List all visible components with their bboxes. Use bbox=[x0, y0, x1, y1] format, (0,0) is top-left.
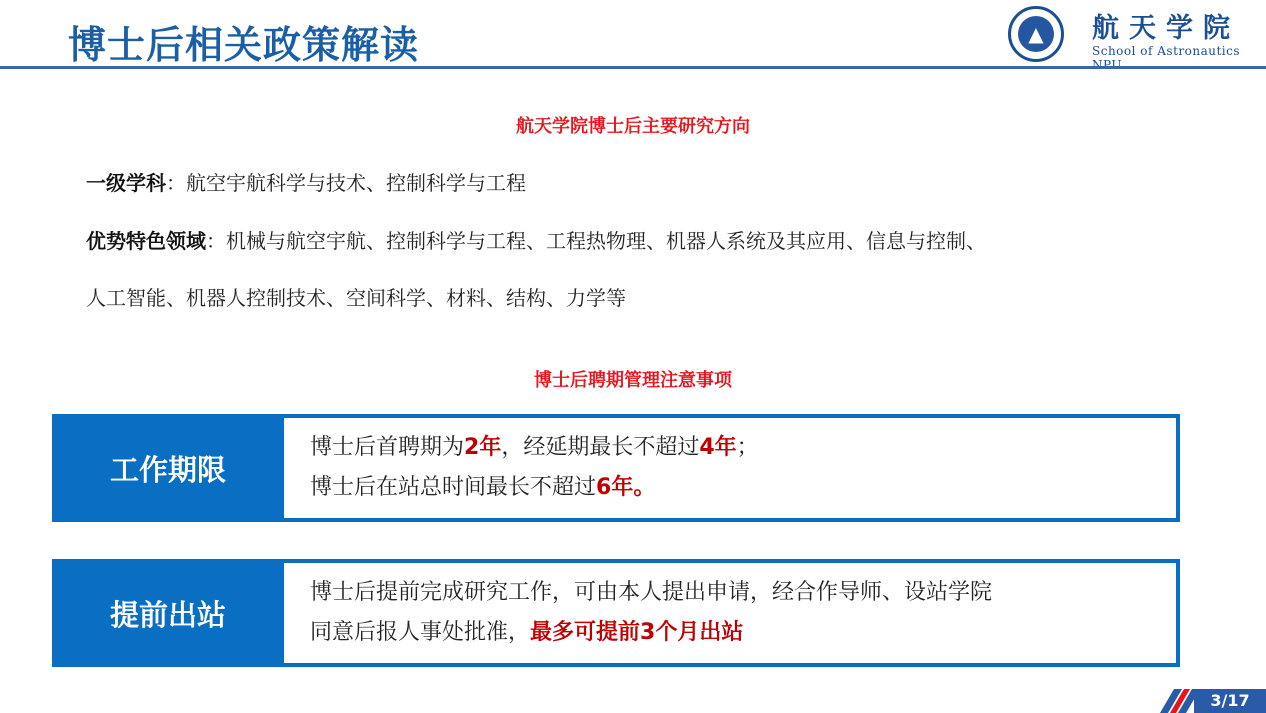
advantage-fields-line: 优势特色领域：机械与航空宇航、控制科学与工程、工程热物理、机器人系统及其应用、信… bbox=[86, 225, 986, 254]
advantage-fields-value-2: 人工智能、机器人控制技术、空间科学、材料、结构、力学等 bbox=[86, 286, 626, 310]
page-indicator: 3/17 bbox=[1160, 689, 1266, 713]
logo-name-cn: 航天学院 bbox=[1092, 6, 1240, 45]
header-divider bbox=[0, 66, 1266, 69]
school-logo: ▲ 航天学院 School of Astronautics NPU bbox=[1006, 4, 1266, 64]
management-heading: 博士后聘期管理注意事项 bbox=[0, 366, 1266, 392]
work-period-line-2: 博士后在站总时间最长不超过6年。 bbox=[310, 468, 1176, 508]
early-exit-content: 博士后提前完成研究工作，可由本人提出申请，经合作导师、设站学院 同意后报人事处批… bbox=[284, 559, 1180, 667]
page-title: 博士后相关政策解读 bbox=[68, 14, 419, 69]
text: ； bbox=[737, 435, 759, 460]
text: 博士后在站总时间最长不超过 bbox=[310, 475, 596, 500]
advantage-fields-value-1: 机械与航空宇航、控制科学与工程、工程热物理、机器人系统及其应用、信息与控制、 bbox=[226, 229, 986, 253]
primary-discipline-line: 一级学科：航空宇航科学与技术、控制科学与工程 bbox=[86, 167, 526, 196]
early-exit-line-1: 博士后提前完成研究工作，可由本人提出申请，经合作导师、设站学院 bbox=[310, 573, 1176, 613]
advantage-fields-line-2: 人工智能、机器人控制技术、空间科学、材料、结构、力学等 bbox=[86, 282, 626, 311]
highlight-4-years: 4年 bbox=[699, 435, 736, 460]
primary-discipline-value: 航空宇航科学与技术、控制科学与工程 bbox=[186, 171, 526, 195]
work-period-line-1: 博士后首聘期为2年，经延期最长不超过4年； bbox=[310, 428, 1176, 468]
early-exit-line-2: 同意后报人事处批准，最多可提前3个月出站 bbox=[310, 613, 1176, 653]
separator: ： bbox=[166, 171, 186, 195]
text: 博士后首聘期为 bbox=[310, 435, 464, 460]
highlight-2-years: 2年 bbox=[464, 435, 501, 460]
rocket-icon: ▲ bbox=[1018, 16, 1054, 52]
primary-discipline-label: 一级学科 bbox=[86, 171, 166, 195]
highlight-3-months: 最多可提前3个月出站 bbox=[530, 620, 743, 645]
work-period-box: 工作期限 博士后首聘期为2年，经延期最长不超过4年； 博士后在站总时间最长不超过… bbox=[52, 414, 1180, 522]
early-exit-label: 提前出站 bbox=[52, 559, 284, 667]
highlight-6-years: 6年。 bbox=[596, 475, 655, 500]
early-exit-box: 提前出站 博士后提前完成研究工作，可由本人提出申请，经合作导师、设站学院 同意后… bbox=[52, 559, 1180, 667]
research-heading: 航天学院博士后主要研究方向 bbox=[0, 112, 1266, 138]
text: ，经延期最长不超过 bbox=[501, 435, 699, 460]
advantage-fields-label: 优势特色领域 bbox=[86, 229, 206, 253]
page-number: 3/17 bbox=[1194, 689, 1266, 713]
separator: ： bbox=[206, 229, 226, 253]
work-period-label: 工作期限 bbox=[52, 414, 284, 522]
text: 同意后报人事处批准， bbox=[310, 620, 530, 645]
work-period-content: 博士后首聘期为2年，经延期最长不超过4年； 博士后在站总时间最长不超过6年。 bbox=[284, 414, 1180, 522]
university-emblem-icon: ▲ bbox=[1008, 6, 1064, 62]
